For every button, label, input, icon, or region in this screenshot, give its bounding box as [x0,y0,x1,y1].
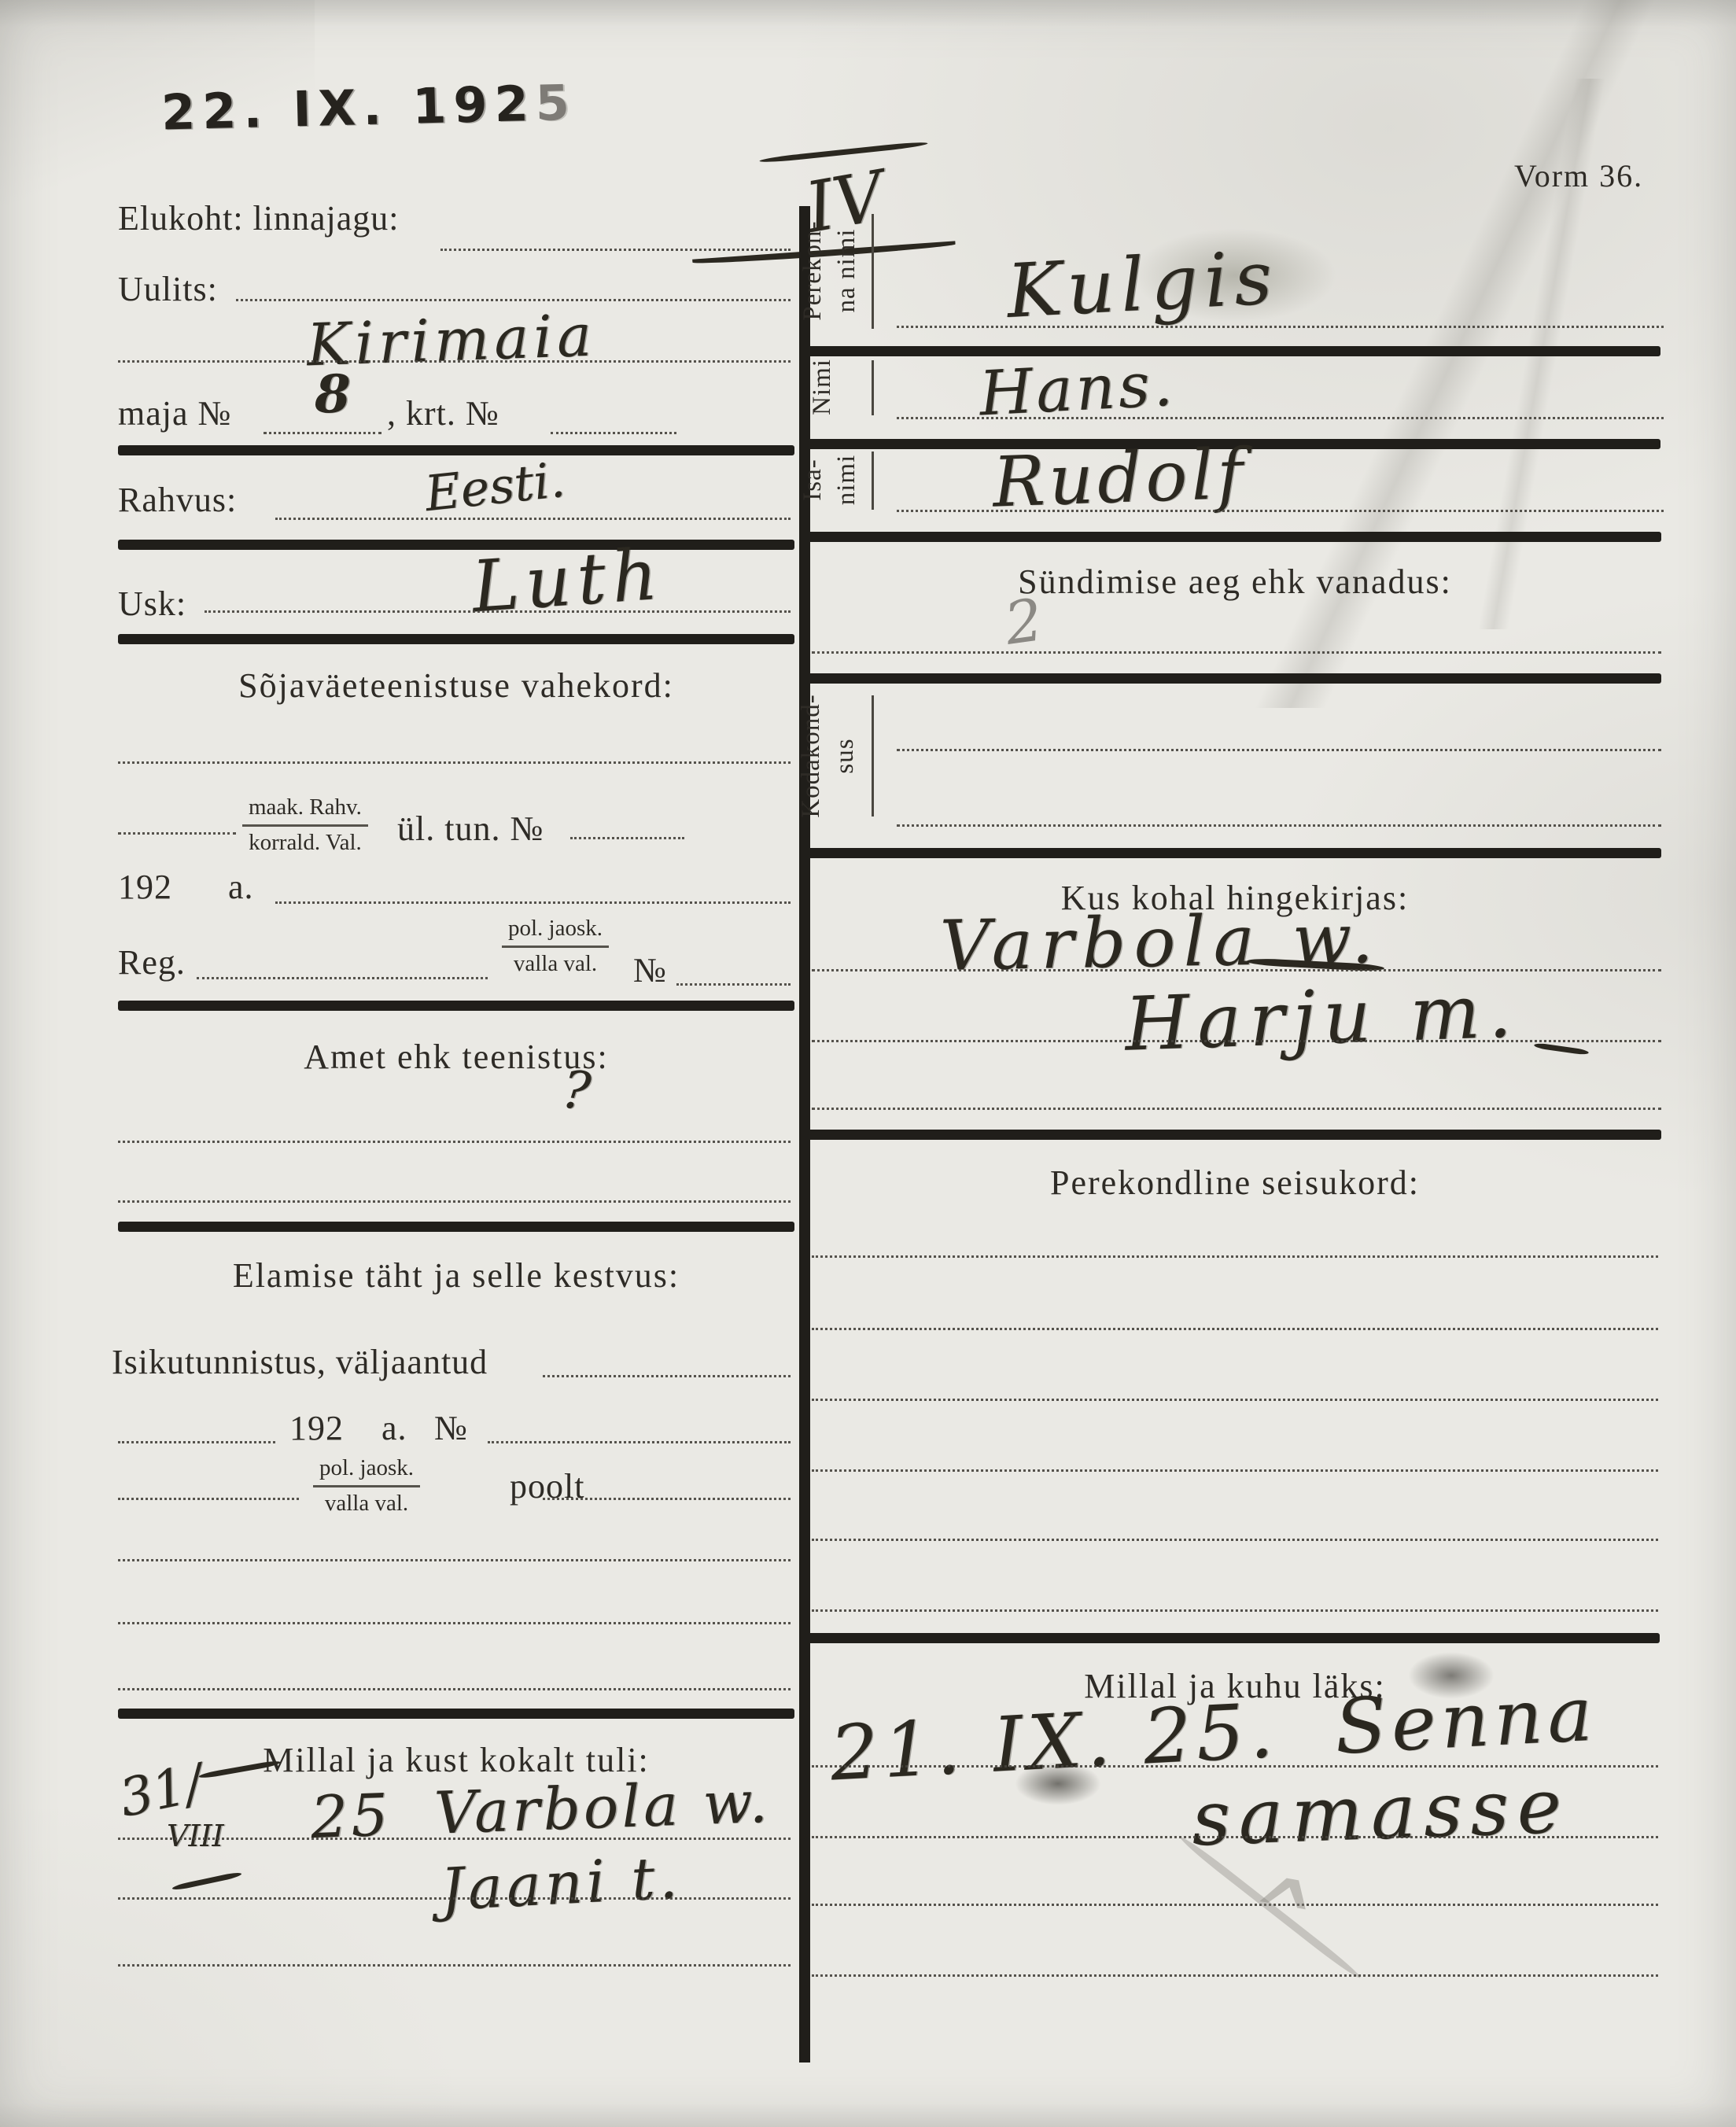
rule [807,673,1661,684]
seisukord-line-5 [812,1539,1658,1541]
kodakondsus-label: Kodakond- sus [794,694,862,818]
rule [118,540,794,550]
kodakondsus-label-line1: Kodakond- [794,694,828,818]
hingekirjas-value-1: Varbola w. [939,898,1381,986]
left-blank-line-a [118,1559,791,1561]
uulits-label: Uulits: [118,269,218,309]
hingekirjas-value-2: Harju m. [1123,968,1520,1067]
rule [118,445,794,455]
perekonnanimi-label-line2: na nimi [830,211,864,330]
rule [118,634,794,644]
date-stamp-last-digit: 5 [535,74,577,132]
amet-value: ? [559,1059,593,1122]
date-stamp-main: 22. IX. 192 [160,75,536,142]
tuli-line-b [118,1897,791,1900]
left-blank-line-b [118,1622,791,1624]
nimi-label: Nimi [805,357,839,417]
year-a-label: a. [228,867,254,907]
label-rule [872,214,874,329]
isik-line [543,1375,791,1377]
label-rule [872,695,874,817]
kodakondsus-line-b [897,824,1661,827]
rule [118,1222,794,1232]
tuli-line-c [118,1964,791,1967]
poolt-line-a [118,1498,299,1500]
usk-value: Luth [470,533,667,629]
pol-jaosk-fraction-2: pol. jaosk. valla val. [313,1454,420,1518]
pol-jaosk-label: pol. jaosk. [502,914,609,948]
seisukord-line-3 [812,1399,1658,1401]
kodakondsus-line-a [897,749,1661,751]
hingekirjas-line-c [812,1108,1661,1110]
label-rule [872,360,874,415]
hingekirjas-line-b [812,1040,1661,1042]
laks-line-b [812,1836,1658,1838]
uulits-line [236,299,791,301]
pen-flourish [171,1871,241,1892]
usk-label: Usk: [118,584,186,624]
reg-line-a [197,977,488,979]
isik-year-label: 192 [289,1408,344,1448]
nimi-line [897,417,1664,419]
reg-line-b [676,983,791,986]
seisukord-line-6 [812,1609,1658,1612]
elamise-heading: Elamise täht ja selle kestvus: [118,1255,794,1296]
seisukord-heading: Perekondline seisukord: [810,1163,1660,1203]
kodakondsus-label-line2: sus [828,694,862,818]
rule [118,1709,794,1719]
isanimi-line [897,510,1664,512]
perekonnanimi-value: Kulgis [1004,235,1280,335]
isik-a-label: a. [381,1408,407,1448]
elukoht-line [440,249,791,251]
korrald-val-label: korrald. Val. [242,827,368,858]
poolt-label: poolt [510,1466,584,1506]
rule [807,848,1661,858]
isanimi-label-line1: Isa- [796,448,830,511]
perekon-line [897,326,1664,328]
laks-value-2: samasse [1190,1762,1571,1863]
amet-line-a [118,1141,791,1143]
usk-line [205,610,791,613]
tuli-value-line2: Jaani t. [439,1844,683,1924]
military-heading: Sõjaväeteenistuse vahekord: [118,665,794,706]
label-rule [872,452,874,510]
form-number: Vorm 36. [1514,157,1643,194]
maja-line [264,432,381,434]
sundimise-line [812,651,1661,654]
perekonnanimi-label: Perekon- na nimi [796,211,864,330]
reg-no-label: № [633,950,667,990]
krt-no-label: , krt. № [387,393,499,433]
ul-tun-label: ül. tun. № [397,809,544,849]
seisukord-line-1 [812,1255,1658,1258]
maak-rahv-label: maak. Rahv. [242,793,368,827]
rule [807,1130,1661,1140]
rule [807,346,1660,356]
rahvus-label: Rahvus: [118,480,237,520]
pen-flourish [1534,1042,1589,1056]
street-line [118,360,791,363]
seisukord-line-4 [812,1469,1658,1472]
tun-line-b [570,837,684,839]
amet-line-b [118,1200,791,1203]
rule [118,1001,794,1011]
seisukord-line-2 [812,1328,1658,1330]
isanimi-label-line2: nimi [830,448,864,511]
year-line [275,901,791,904]
tuli-date-month: VIII [167,1819,223,1853]
isanimi-label: Isa- nimi [796,448,864,511]
pol-jaosk-fraction: pol. jaosk. valla val. [502,914,609,979]
rahvus-line [275,518,791,520]
sundimise-heading: Sündimise aeg ehk vanadus: [810,562,1660,602]
date-stamp: 22. IX. 1925 [160,74,577,142]
isikutunnistus-label: Isikutunnistus, väljaantud [112,1342,488,1382]
maja-value: 8 [315,363,351,425]
rule [807,532,1661,542]
tuli-line-a [118,1838,791,1840]
laks-line-d [812,1974,1658,1977]
hingekirjas-line-a [812,969,1661,971]
poolt-line-b [543,1498,791,1500]
elukoht-label: Elukoht: linnajagu: [118,198,400,238]
krt-line [551,432,676,434]
left-blank-line-c [118,1688,791,1690]
reg-label: Reg. [118,942,186,982]
registration-card-scan: 22. IX. 1925 Vorm 36. Elukoht: linnajagu… [0,0,1736,2127]
rahvus-value: Eesti. [422,451,568,522]
pol-jaosk-label-2: pol. jaosk. [313,1454,420,1487]
maja-no-label: maja № [118,393,232,433]
valla-val-label: valla val. [502,948,609,979]
tun-line-a [118,832,236,835]
isik-year-line-a [118,1441,275,1443]
military-line [118,761,791,764]
amet-heading: Amet ehk teenistus: [118,1037,794,1077]
valla-val-label-2: valla val. [313,1487,420,1519]
perekonnanimi-label-line1: Perekon- [796,211,830,330]
isik-year-line-b [488,1441,791,1443]
year-192-label: 192 [118,867,172,907]
isik-no-label: № [434,1408,468,1448]
rule [807,1633,1660,1643]
maak-rahv-fraction: maak. Rahv. korrald. Val. [242,793,368,857]
